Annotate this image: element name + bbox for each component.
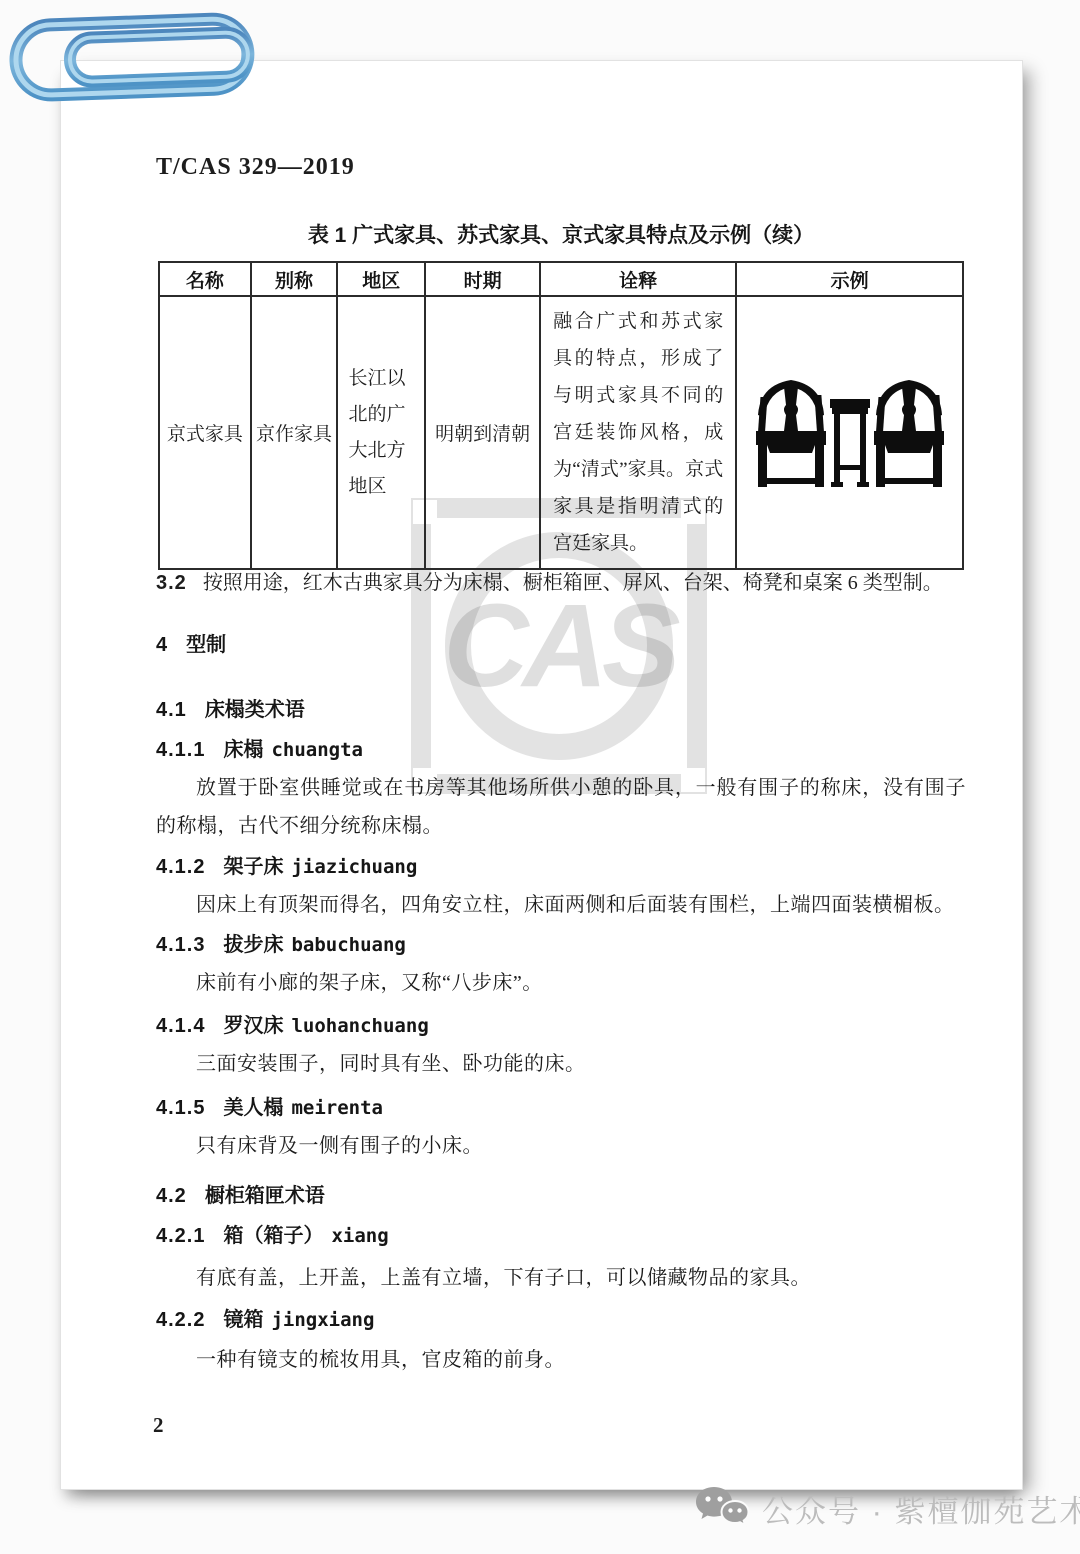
definition-4-2-2: 一种有镜支的梳妆用具，官皮箱的前身。 bbox=[156, 1341, 966, 1379]
heading-4-2-2: 4.2.2镜箱jingxiang bbox=[156, 1303, 966, 1332]
heading-4-1: 4.1床榻类术语 bbox=[156, 693, 966, 722]
clause-3-2: 3.2按照用途，红木古典家具分为床榻、橱柜箱匣、屏风、台架、椅凳和桌案 6 类型… bbox=[156, 566, 966, 600]
furniture-styles-table: 名称 别称 地区 时期 诠释 示例 京式家具 京作家具 长江以北的广大北方地区 … bbox=[158, 261, 964, 570]
definition-4-1-1: 放置于卧室供睡觉或在书房等其他场所供小憩的卧具，一般有围子的称床，没有围子的称榻… bbox=[156, 769, 966, 845]
definition-4-1-3: 床前有小廊的架子床，又称“八步床”。 bbox=[156, 964, 966, 1002]
heading-4-2-1: 4.2.1箱（箱子）xiang bbox=[156, 1219, 966, 1248]
col-header-alias: 别称 bbox=[251, 262, 338, 296]
col-header-interpretation: 诠释 bbox=[540, 262, 736, 296]
heading-4: 4型制 bbox=[156, 628, 966, 657]
cell-region: 长江以北的广大北方地区 bbox=[337, 296, 425, 569]
definition-4-1-5: 只有床背及一侧有围子的小床。 bbox=[156, 1127, 966, 1165]
col-header-period: 时期 bbox=[425, 262, 540, 296]
heading-4-2: 4.2橱柜箱匣术语 bbox=[156, 1179, 966, 1208]
heading-4-1-3: 4.1.3拔步床babuchuang bbox=[156, 928, 966, 957]
pinyin-label: luohanchuang bbox=[291, 1015, 428, 1037]
cell-name: 京式家具 bbox=[159, 296, 251, 569]
heading-4-1-5: 4.1.5美人榻meirenta bbox=[156, 1091, 966, 1120]
pinyin-label: babuchuang bbox=[291, 934, 405, 956]
table-header-row: 名称 别称 地区 时期 诠释 示例 bbox=[159, 262, 963, 296]
cell-interpretation: 融合广式和苏式家具的特点，形成了与明式家具不同的宫廷装饰风格，成为“清式”家具。… bbox=[540, 296, 736, 569]
heading-4-1-4: 4.1.4罗汉床luohanchuang bbox=[156, 1009, 966, 1038]
pinyin-label: xiang bbox=[331, 1225, 388, 1247]
definition-4-1-4: 三面安装围子，同时具有坐、卧功能的床。 bbox=[156, 1045, 966, 1083]
col-header-region: 地区 bbox=[337, 262, 425, 296]
heading-4-1-2: 4.1.2架子床jiazichuang bbox=[156, 850, 966, 879]
table-title: 表 1 广式家具、苏式家具、京式家具特点及示例（续） bbox=[158, 219, 964, 249]
heading-4-1-1: 4.1.1床榻chuangta bbox=[156, 733, 966, 762]
col-header-example: 示例 bbox=[736, 262, 963, 296]
footer-brand-watermark: 公众号 · 紫檀伽苑艺术 bbox=[694, 1482, 1080, 1534]
cell-alias: 京作家具 bbox=[251, 296, 338, 569]
pinyin-label: jingxiang bbox=[271, 1309, 374, 1331]
definition-4-2-1: 有底有盖，上开盖，上盖有立墙，下有子口，可以储藏物品的家具。 bbox=[156, 1259, 966, 1297]
pinyin-label: chuangta bbox=[271, 739, 363, 761]
pinyin-label: jiazichuang bbox=[291, 856, 417, 878]
document-code: T/CAS 329—2019 bbox=[156, 154, 966, 181]
page-number: 2 bbox=[153, 1413, 963, 1438]
col-header-name: 名称 bbox=[159, 262, 251, 296]
table-row: 京式家具 京作家具 长江以北的广大北方地区 明朝到清朝 融合广式和苏式家具的特点… bbox=[159, 296, 963, 569]
cell-period: 明朝到清朝 bbox=[425, 296, 540, 569]
footer-brand-text: 公众号 · 紫檀伽苑艺术 bbox=[762, 1486, 1080, 1531]
paperclip-graphic bbox=[4, 2, 264, 117]
document-page: CAS T/CAS 329—2019 表 1 广式家具、苏式家具、京式家具特点及… bbox=[60, 60, 1023, 1490]
pinyin-label: meirenta bbox=[291, 1097, 383, 1119]
throne-chairs-illustration bbox=[752, 369, 948, 491]
clause-number: 3.2 bbox=[156, 572, 187, 594]
cell-example bbox=[736, 296, 963, 569]
definition-4-1-2: 因床上有顶架而得名，四角安立柱，床面两侧和后面装有围栏，上端四面装横楣板。 bbox=[156, 886, 966, 924]
clause-text: 按照用途，红木古典家具分为床榻、橱柜箱匣、屏风、台架、椅凳和桌案 6 类型制。 bbox=[203, 572, 943, 594]
wechat-icon bbox=[694, 1485, 750, 1531]
